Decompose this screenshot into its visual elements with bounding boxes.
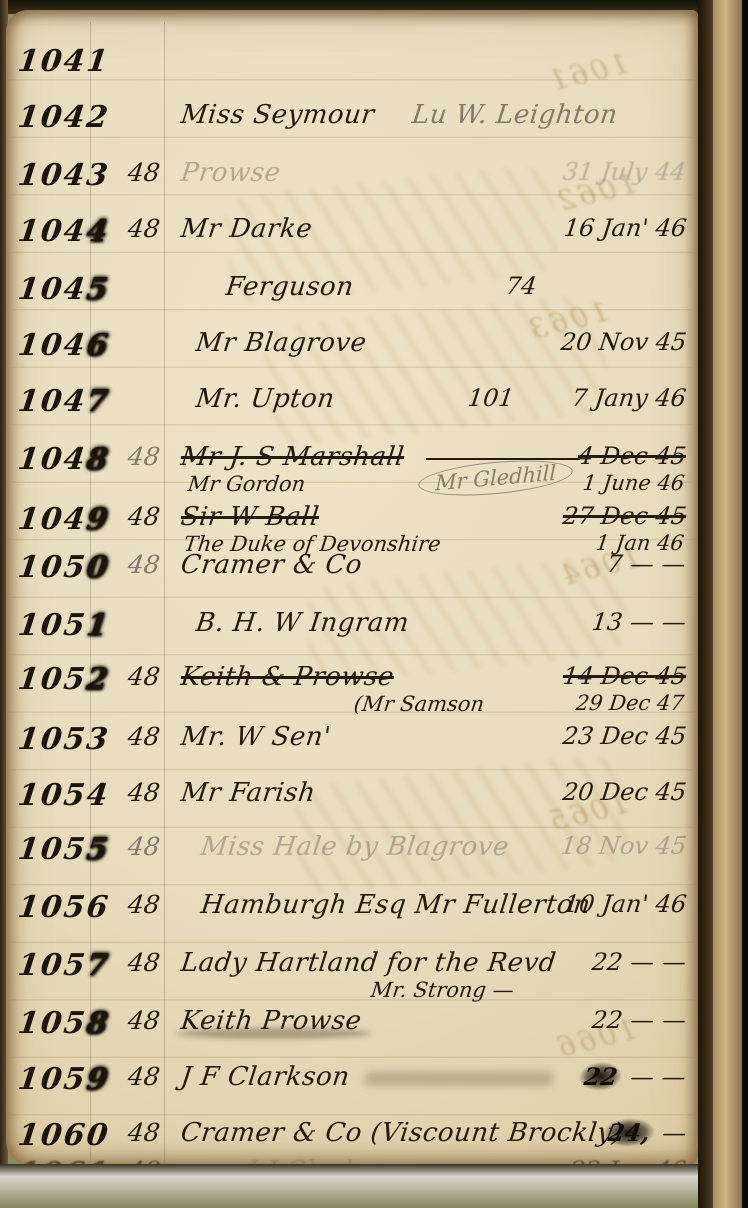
client-name: Mr Darke	[179, 214, 314, 244]
entry-number: 1056	[16, 890, 112, 925]
entry-number: 1053	[16, 722, 112, 757]
date-value: 7 Jany 46	[570, 384, 687, 412]
ledger-row: 105048Cramer & Co7 — —	[6, 550, 698, 606]
entry-number: 1058	[16, 1006, 112, 1041]
date-value: 7 — —	[606, 550, 688, 578]
date-value: 22 — —	[590, 948, 687, 976]
entry-number: 1054	[16, 778, 112, 813]
fee-value: 48	[126, 722, 161, 751]
date-value: 22 — —	[578, 1062, 688, 1091]
entry-number: 1059	[16, 1062, 112, 1097]
date-value: 18 Nov 45	[559, 832, 688, 860]
entry-number: 1055	[16, 832, 112, 867]
entry-number-digits: 104	[16, 384, 89, 419]
fee-value: 48	[126, 158, 161, 187]
ledger-page: 106110621063106410651066 10411042Miss Se…	[6, 10, 698, 1166]
entry-number-digits: 104	[16, 214, 89, 249]
fee-value: 48	[126, 832, 161, 861]
entry-number: 1045	[16, 272, 112, 307]
ink-blot: 7	[84, 948, 111, 983]
fee-value: 48	[126, 550, 161, 579]
ledger-row: 104348Prowse31 July 44	[6, 158, 698, 214]
entry-number-digits: 105	[16, 662, 89, 697]
account-number: 74	[504, 272, 538, 300]
ledger-row: 1051B. H. W Ingram13 — —	[6, 608, 698, 664]
entry-number-digits: 104	[16, 272, 89, 307]
date-value: 24, —	[601, 1118, 688, 1147]
fee-value: 48	[126, 662, 161, 691]
date-value: 20 Dec 45	[561, 778, 688, 806]
entry-number: 1048	[16, 442, 112, 477]
account-number: 101	[466, 384, 515, 412]
entry-number-digits: 105	[16, 1006, 89, 1041]
date-value: 20 Nov 45	[559, 328, 688, 356]
entry-number: 1051	[16, 608, 112, 643]
ink-blot: 1	[84, 608, 111, 643]
ink-blot: 2	[84, 662, 111, 697]
client-name: Cramer & Co	[179, 550, 364, 580]
client-name: Cramer & Co (Viscount Brockly)	[179, 1118, 625, 1148]
ledger-row: 105348Mr. W Sen'23 Dec 45	[6, 722, 698, 778]
ledger-row: 1047Mr. Upton1017 Jany 46	[6, 384, 698, 440]
client-name-secondary: Mr Gordon	[187, 472, 307, 496]
next-page-edge	[713, 0, 742, 1208]
date-value: 13 — —	[590, 608, 687, 636]
date-value: 22 — —	[590, 1006, 687, 1034]
ledger-row: 105548Miss Hale by Blagrove18 Nov 45	[6, 832, 698, 888]
fee-value: 48	[126, 948, 161, 977]
client-name: Prowse	[179, 158, 282, 188]
fee-value: 48	[126, 214, 161, 243]
ink-blot: 9	[84, 1062, 111, 1097]
ledger-row: 104848Mr J. S Marshall4 Dec 45Mr GordonM…	[6, 442, 698, 498]
client-name-secondary: (Mr Samson	[353, 692, 486, 716]
ledger-row: 1041	[6, 44, 698, 100]
ledger-row: 1046Mr Blagrove20 Nov 45	[6, 328, 698, 384]
entry-number: 1044	[16, 214, 112, 249]
ledger-row: 105848Keith Prowse22 — —	[6, 1006, 698, 1062]
client-name: Keith & Prowse	[179, 662, 396, 692]
date-rest: — —	[621, 1063, 688, 1091]
ink-blot: 22	[578, 1062, 625, 1091]
fee-value: 48	[126, 502, 161, 531]
ink-blot: 4	[84, 214, 111, 249]
circled-annotation: Mr Gledhill	[418, 455, 573, 501]
entry-number: 1042	[16, 100, 112, 135]
ledger-row: 104448Mr Darke16 Jan' 46	[6, 214, 698, 270]
entry-number-digits: 104	[16, 442, 89, 477]
date-value: 27 Dec 45	[561, 502, 688, 530]
entry-number-digits: 104	[16, 502, 89, 537]
ink-blot: 5	[84, 272, 111, 307]
client-name-text: J F Clarkson	[179, 1062, 351, 1092]
client-name-text: Miss Seymour	[179, 100, 376, 130]
entry-number-digits: 105	[16, 1062, 89, 1097]
entry-number-digits: 105	[16, 948, 89, 983]
entry-number-digits: 104	[16, 328, 89, 363]
entry-number: 1049	[16, 502, 112, 537]
entry-number: 1043	[16, 158, 112, 193]
date-rest: —	[653, 1119, 688, 1147]
entry-number: 1047	[16, 384, 112, 419]
entry-number: 1052	[16, 662, 112, 697]
ledger-scan: 106110621063106410651066 10411042Miss Se…	[0, 0, 748, 1208]
date-secondary: 1 June 46	[581, 471, 685, 495]
pencil-annotation: Lu W. Leighton	[410, 100, 619, 130]
strikethrough-line	[426, 458, 580, 460]
client-name: Keith Prowse	[179, 1006, 363, 1036]
date-value: 4 Dec 45	[576, 442, 687, 470]
fee-value: 48	[126, 890, 161, 919]
date-value: 10 Jan' 46	[562, 890, 688, 918]
scan-bottom-edge	[0, 1164, 748, 1208]
ledger-row: 1045Ferguson74	[6, 272, 698, 328]
client-name: Mr. Upton	[194, 384, 336, 414]
entry-number: 1050	[16, 550, 112, 585]
client-name: Hamburgh Esq Mr Fullerton	[199, 890, 592, 920]
entry-number: 1060	[16, 1118, 112, 1153]
ink-blot: 24,	[601, 1118, 656, 1147]
ink-blot: 5	[84, 832, 111, 867]
entry-number: 1041	[16, 44, 112, 79]
ink-blot: 0	[84, 550, 111, 585]
date-value: 14 Dec 45	[561, 662, 688, 690]
date-value: 16 Jan' 46	[562, 214, 688, 242]
date-value: 23 Dec 45	[561, 722, 688, 750]
client-name-secondary: Mr. Strong —	[370, 978, 516, 1002]
entry-number-digits: 105	[16, 608, 89, 643]
entry-number: 1057	[16, 948, 112, 983]
entry-number-digits: 105	[16, 550, 89, 585]
page-gap-shadow	[698, 0, 713, 1208]
fee-value: 48	[126, 1006, 161, 1035]
client-name: Lady Hartland for the Revd	[179, 948, 558, 978]
client-name: B. H. W Ingram	[194, 608, 411, 638]
client-name: Mr Blagrove	[194, 328, 368, 358]
client-name: Ferguson	[224, 272, 355, 302]
ledger-row: 1042Miss SeymourLu W. Leighton	[6, 100, 698, 156]
ledger-row: 105648Hamburgh Esq Mr Fullerton10 Jan' 4…	[6, 890, 698, 946]
ink-blot: 8	[84, 1006, 111, 1041]
scan-right-edge	[742, 0, 748, 1208]
ledger-row: 105948J F Clarkson22 — —	[6, 1062, 698, 1118]
fee-value: 48	[126, 442, 161, 471]
ink-smudge	[363, 1071, 555, 1086]
client-name: Mr Farish	[179, 778, 317, 808]
entry-number: 1046	[16, 328, 112, 363]
ledger-row: 105448Mr Farish20 Dec 45	[6, 778, 698, 834]
ledger-row: 105248Keith & Prowse14 Dec 45(Mr Samson2…	[6, 662, 698, 718]
date-value: 31 July 44	[562, 158, 688, 186]
fee-value: 48	[126, 1062, 161, 1091]
client-name: Mr J. S Marshall	[179, 442, 406, 472]
date-secondary: 29 Dec 47	[575, 691, 686, 715]
ledger-row: 105748Lady Hartland for the Revd22 — —Mr…	[6, 948, 698, 1004]
ink-blot: 7	[84, 384, 111, 419]
fee-value: 48	[126, 778, 161, 807]
client-name: Miss Hale by Blagrove	[199, 832, 511, 862]
client-name: J F Clarkson	[179, 1062, 555, 1092]
client-name: Mr. W Sen'	[179, 722, 332, 752]
ink-blot: 8	[84, 442, 111, 477]
fee-value: 48	[126, 1118, 161, 1147]
client-name: Miss SeymourLu W. Leighton	[179, 100, 619, 130]
ink-blot: 9	[84, 502, 111, 537]
entry-number-digits: 105	[16, 832, 89, 867]
ink-blot: 6	[84, 328, 111, 363]
client-name: Sir W Ball	[179, 502, 321, 532]
